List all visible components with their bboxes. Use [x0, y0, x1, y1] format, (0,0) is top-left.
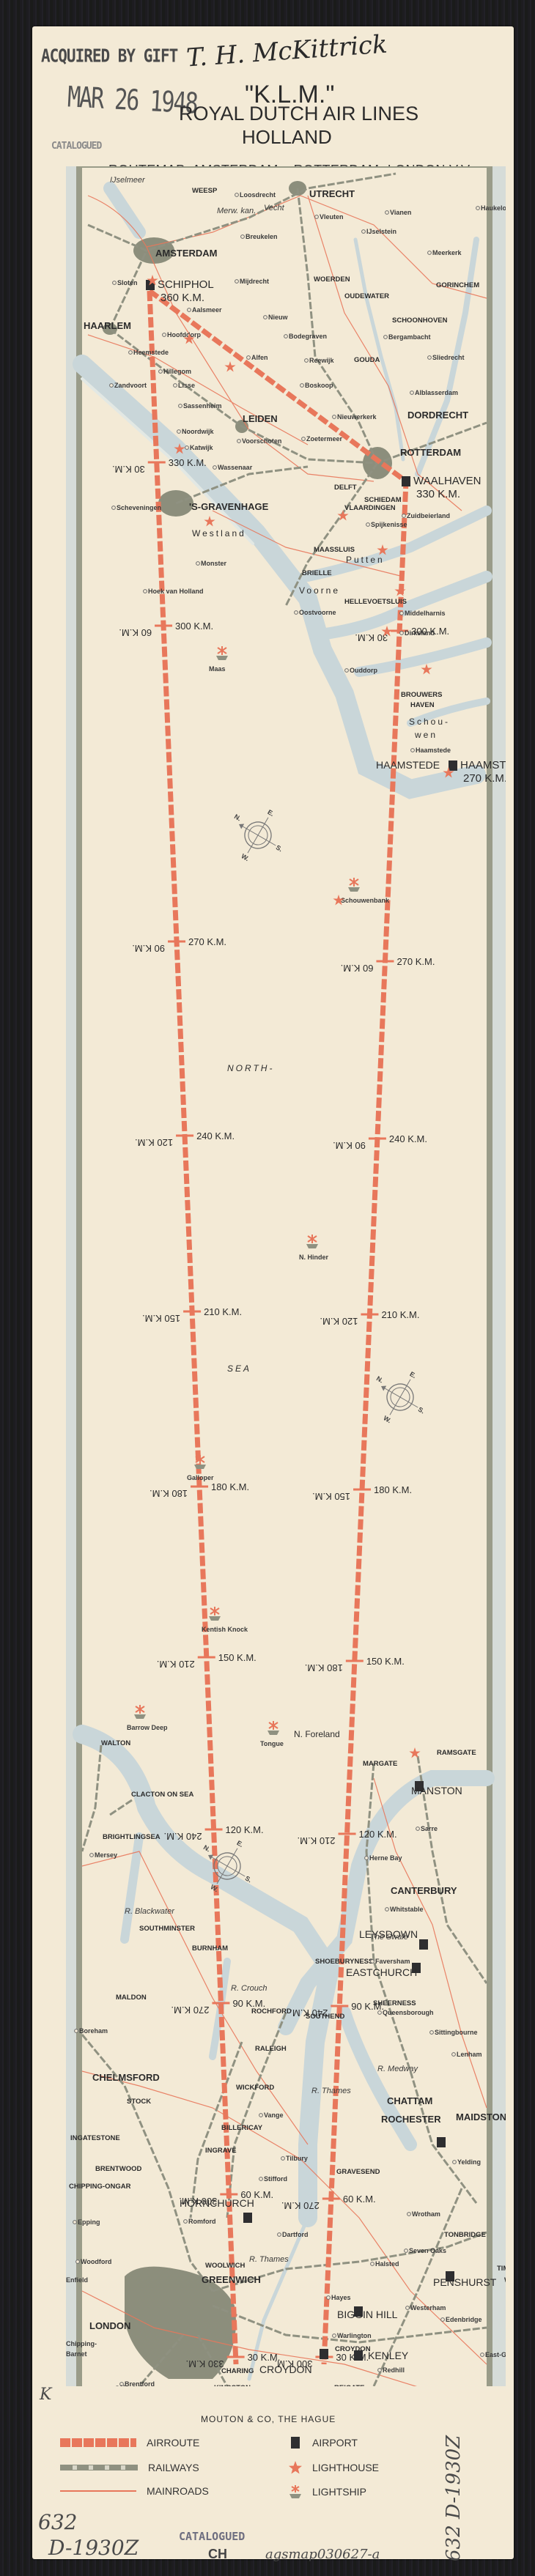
place-label: BILLERICAY	[221, 2124, 263, 2132]
svg-text:Haamstede: Haamstede	[416, 747, 451, 754]
svg-text:WICKFORD: WICKFORD	[236, 2084, 274, 2092]
place-label: MALDON	[116, 1994, 147, 2002]
svg-text:DORDRECHT: DORDRECHT	[407, 410, 468, 421]
svg-text:Dirksland: Dirksland	[405, 629, 435, 637]
place-label: Zandvoort	[110, 382, 147, 389]
svg-text:Hounslow: Hounslow	[120, 2384, 152, 2386]
svg-text:Queensborough: Queensborough	[383, 2009, 434, 2016]
svg-text:Galloper: Galloper	[187, 1474, 214, 1481]
svg-text:Wrotham: Wrotham	[412, 2210, 440, 2218]
svg-text:GRAVESEND: GRAVESEND	[336, 2168, 380, 2176]
svg-text:210 K.M.: 210 K.M.	[157, 1659, 195, 1670]
place-label: BRIGHTLINGSEA	[103, 1833, 160, 1841]
svg-text:HAARLEM: HAARLEM	[84, 320, 131, 331]
svg-text:Lisse: Lisse	[178, 382, 195, 389]
place-label: LONDON	[89, 2320, 130, 2331]
airport-icon[interactable]	[243, 2213, 252, 2223]
svg-text:330 K.M.: 330 K.M.	[186, 2358, 224, 2369]
svg-text:330 K.M.: 330 K.M.	[169, 457, 207, 468]
place-label: WELLS	[504, 2276, 506, 2284]
place-label: GREENWICH	[202, 2274, 261, 2285]
svg-text:180 K.M.: 180 K.M.	[211, 1481, 249, 1492]
title-country: HOLLAND	[242, 126, 332, 149]
place-label: IJselstein	[362, 228, 396, 235]
svg-text:Boreham: Boreham	[79, 2027, 108, 2035]
airport-icon[interactable]	[419, 1939, 428, 1950]
svg-text:R. Blackwater: R. Blackwater	[125, 1907, 175, 1916]
svg-text:Haukelom: Haukelom	[481, 204, 506, 212]
svg-text:N. Foreland: N. Foreland	[294, 1729, 340, 1739]
svg-text:R. Thames: R. Thames	[249, 2255, 289, 2264]
svg-text:TONBRIDGE: TONBRIDGE	[444, 2231, 486, 2239]
svg-text:Kentish Knock: Kentish Knock	[202, 1626, 248, 1633]
place-label: Haukelom	[476, 204, 506, 212]
place-label: VLAARDINGEN	[344, 504, 396, 512]
svg-text:Sittingbourne: Sittingbourne	[435, 2029, 478, 2036]
lightship-icon	[216, 646, 228, 660]
svg-text:Aalsmeer: Aalsmeer	[192, 306, 222, 314]
place-label: Voorschoten	[237, 437, 282, 445]
svg-text:Putten: Putten	[346, 555, 385, 565]
svg-text:WALTON: WALTON	[101, 1739, 130, 1747]
svg-text:150 K.M.: 150 K.M.	[142, 1313, 180, 1324]
place-label: R. Thames	[249, 2255, 289, 2264]
svg-text:VLAARDINGEN: VLAARDINGEN	[344, 504, 396, 512]
svg-text:BILLERICAY: BILLERICAY	[221, 2124, 263, 2132]
place-label: EASTCHURCH	[346, 1966, 417, 1978]
place-label: wen	[414, 730, 438, 740]
svg-text:RALEIGH: RALEIGH	[255, 2045, 287, 2053]
place-label: SCHIEDAM	[364, 496, 402, 504]
date-stamp: MAR 26 1948	[67, 81, 198, 121]
place-label: HORNCHURCH	[180, 2197, 254, 2209]
place-label: WEESP	[192, 187, 218, 195]
svg-text:Edenbridge: Edenbridge	[446, 2316, 482, 2323]
svg-text:Alfen: Alfen	[251, 354, 268, 361]
svg-text:BRIELLE: BRIELLE	[302, 569, 332, 577]
place-label: R. Blackwater	[125, 1907, 175, 1916]
svg-text:WAALHAVEN: WAALHAVEN	[413, 475, 481, 487]
svg-text:CANTERBURY: CANTERBURY	[391, 1885, 457, 1896]
svg-text:120 K.M.: 120 K.M.	[226, 1824, 264, 1835]
svg-text:150 K.M.: 150 K.M.	[366, 1656, 405, 1667]
place-label: Bodegraven	[284, 333, 327, 340]
lightship-icon	[134, 1705, 146, 1719]
catalogued-stamp: CATALOGUED	[51, 141, 101, 152]
svg-text:Halsted: Halsted	[375, 2260, 399, 2268]
svg-text:HAAMSTEDE: HAAMSTEDE	[376, 759, 440, 771]
svg-text:Hoek van Holland: Hoek van Holland	[148, 588, 204, 595]
place-label: Whitstable	[385, 1906, 424, 1913]
place-label: Seven Oaks	[405, 2247, 446, 2254]
svg-text:180 K.M.: 180 K.M.	[374, 1484, 412, 1495]
svg-text:IJselmeer: IJselmeer	[110, 176, 146, 185]
place-label: Oostvoorne	[295, 609, 336, 616]
place-label: TONBRIDGE	[444, 2231, 486, 2239]
svg-text:LEIDEN: LEIDEN	[243, 413, 278, 424]
place-label: Sassenheim	[179, 402, 222, 410]
svg-text:UTRECHT: UTRECHT	[309, 188, 355, 199]
svg-text:SCHIEDAM: SCHIEDAM	[364, 496, 402, 504]
svg-text:Westland: Westland	[192, 528, 246, 538]
svg-text:CHARING: CHARING	[221, 2367, 254, 2375]
place-label: GOUDA	[354, 356, 380, 364]
svg-text:Noordwijk: Noordwijk	[182, 428, 214, 435]
place-label: CHARING	[221, 2367, 254, 2375]
place-label: Dartford	[278, 2231, 309, 2238]
place-label: Halsted	[371, 2260, 399, 2268]
place-label: ROCHFORD	[251, 2007, 292, 2016]
svg-text:60 K.M.: 60 K.M.	[343, 2194, 376, 2205]
place-label: STOCK	[127, 2098, 151, 2106]
svg-text:KENLEY: KENLEY	[368, 2350, 409, 2361]
title-airline: ROYAL DUTCH AIR LINES	[179, 103, 418, 125]
svg-text:WOERDEN: WOERDEN	[314, 275, 350, 284]
svg-text:IJselstein: IJselstein	[366, 228, 396, 235]
svg-text:Schouwenbank: Schouwenbank	[341, 897, 390, 904]
place-label: Bergambacht	[384, 333, 431, 341]
place-label: HAAMSTEDE	[376, 759, 440, 771]
svg-text:Zuidbeierland: Zuidbeierland	[407, 512, 450, 519]
place-label: WOERDEN	[314, 275, 350, 284]
svg-text:30 K.M.: 30 K.M.	[355, 632, 388, 643]
svg-text:270 K.M.: 270 K.M.	[281, 2200, 320, 2211]
place-label: Wassenaar	[213, 464, 253, 471]
svg-text:Chipping-: Chipping-	[66, 2340, 97, 2347]
svg-text:KINGSTON: KINGSTON	[214, 2384, 251, 2386]
place-label: Wrotham	[407, 2210, 440, 2218]
place-label: AMSTERDAM	[155, 248, 218, 259]
place-label: DELFT	[334, 484, 357, 492]
svg-text:REIGATE: REIGATE	[334, 2384, 365, 2386]
svg-text:360 K.M.: 360 K.M.	[160, 292, 204, 304]
place-label: CHATTAM	[387, 2095, 432, 2106]
svg-text:120 K.M.: 120 K.M.	[135, 1137, 173, 1148]
place-label: WICKFORD	[236, 2084, 274, 2092]
place-label: Haamstede	[411, 747, 451, 754]
donor-signature: T. H. McKittrick	[185, 29, 388, 73]
svg-text:EASTCHURCH: EASTCHURCH	[346, 1966, 417, 1978]
map-canvas[interactable]: 330 K.M.30 K.M.300 K.M.60 K.M.270 K.M.90…	[66, 166, 506, 2386]
svg-text:BROUWERS: BROUWERS	[401, 691, 442, 699]
place-label: ROTTERDAM	[400, 447, 461, 458]
svg-text:Barnet: Barnet	[66, 2350, 87, 2358]
airport-icon[interactable]	[320, 2349, 328, 2359]
svg-text:Faversham: Faversham	[375, 1958, 410, 1965]
svg-text:210 K.M.: 210 K.M.	[204, 1306, 242, 1317]
svg-text:Mersey: Mersey	[95, 1851, 117, 1859]
place-label: Reewijk	[305, 357, 335, 364]
place-label: Vleuten	[315, 213, 344, 221]
place-label: BIGGIN HILL	[337, 2309, 398, 2320]
lightship-icon	[209, 1607, 221, 1621]
svg-text:Katwijk: Katwijk	[190, 444, 214, 451]
place-label: R. Thames	[311, 2087, 351, 2095]
svg-text:WEESP: WEESP	[192, 187, 218, 195]
svg-text:Boskoop: Boskoop	[305, 382, 333, 389]
svg-text:Spijkenisse: Spijkenisse	[371, 521, 407, 528]
svg-text:RAMSGATE: RAMSGATE	[437, 1749, 476, 1757]
svg-text:Warlington: Warlington	[337, 2332, 372, 2339]
place-label: CROYDON	[335, 2345, 371, 2353]
svg-text:OUDEWATER: OUDEWATER	[344, 292, 389, 300]
svg-text:SOUTHMINSTER: SOUTHMINSTER	[139, 1925, 195, 1933]
place-label: Heemstede	[129, 349, 169, 356]
place-label: Katwijk	[185, 444, 214, 451]
place-label: OUDEWATER	[344, 292, 389, 300]
svg-text:330 K.M.: 330 K.M.	[416, 488, 460, 500]
svg-text:Barrow Deep: Barrow Deep	[127, 1724, 168, 1731]
place-label: Middelharnis	[400, 610, 446, 617]
frame-right-water	[492, 166, 506, 2386]
lightship-icon	[267, 1721, 279, 1735]
svg-text:Monster: Monster	[201, 560, 227, 567]
svg-text:Herne Bay: Herne Bay	[369, 1854, 402, 1862]
svg-text:Meerkerk: Meerkerk	[432, 249, 462, 256]
svg-text:GREENWICH: GREENWICH	[202, 2274, 261, 2285]
place-label: Spijkenisse	[366, 521, 407, 528]
svg-text:Maas: Maas	[209, 665, 226, 673]
place-label: Loosdrecht	[235, 191, 276, 199]
svg-text:CROYDON: CROYDON	[259, 2364, 312, 2375]
svg-text:Vecht: Vecht	[264, 204, 285, 212]
place-label: Faversham	[371, 1958, 410, 1965]
svg-text:BURNHAM: BURNHAM	[192, 1944, 228, 1953]
place-label: SCHOONHOVEN	[392, 317, 448, 325]
svg-text:WOOLWICH: WOOLWICH	[205, 2262, 245, 2270]
svg-text:Vange: Vange	[264, 2111, 284, 2119]
lightship-icon	[306, 1235, 318, 1248]
svg-text:Vianen: Vianen	[390, 209, 411, 216]
svg-text:CHATTAM: CHATTAM	[387, 2095, 432, 2106]
svg-text:Whitstable: Whitstable	[390, 1906, 424, 1913]
place-label: NORTH-	[227, 1063, 274, 1073]
place-label: Putten	[346, 555, 385, 565]
place-label: Schou-	[409, 717, 450, 727]
svg-text:Breukelen: Breukelen	[246, 233, 278, 240]
svg-text:150 K.M.: 150 K.M.	[312, 1491, 350, 1502]
place-label: SHOEBURYNESS	[315, 1958, 373, 1966]
svg-text:Lenham: Lenham	[457, 2051, 482, 2058]
place-label: BROUWERS	[401, 691, 442, 699]
place-label: SOUTHMINSTER	[139, 1925, 195, 1933]
place-label: Boreham	[75, 2027, 108, 2035]
place-label: SHEERNESS	[373, 1999, 416, 2007]
place-label: N. Foreland	[294, 1729, 340, 1739]
place-label: Sittingbourne	[430, 2029, 478, 2036]
svg-text:240 K.M.: 240 K.M.	[196, 1130, 235, 1141]
place-label: Chipping-	[66, 2340, 97, 2347]
place-label: Vecht	[264, 204, 285, 212]
svg-text:210 K.M.: 210 K.M.	[298, 1835, 336, 1846]
svg-text:Oostvoorne: Oostvoorne	[299, 609, 336, 616]
place-label: BURNHAM	[192, 1944, 228, 1953]
lightship-icon	[194, 1455, 206, 1469]
svg-text:120 K.M.: 120 K.M.	[320, 1316, 358, 1327]
svg-text:CROYDON: CROYDON	[335, 2345, 371, 2353]
place-label: Nieuwerkerk	[333, 413, 377, 421]
svg-text:Zoetermeer: Zoetermeer	[306, 435, 343, 443]
place-label: CANTERBURY	[391, 1885, 457, 1896]
place-label: CROYDON	[259, 2364, 312, 2375]
svg-text:Ouddorp: Ouddorp	[350, 667, 377, 674]
svg-text:Hillegom: Hillegom	[163, 368, 191, 375]
place-label: ROCHESTER	[381, 2114, 441, 2125]
svg-text:270 K.M.: 270 K.M.	[463, 772, 506, 785]
place-label: Meerkerk	[428, 249, 462, 256]
svg-text:SCHOONHOVEN: SCHOONHOVEN	[392, 317, 448, 325]
place-label: Tilbury	[281, 2155, 308, 2162]
svg-text:Woodford: Woodford	[81, 2258, 111, 2265]
place-label: 'S-GRAVENHAGE	[189, 501, 269, 512]
svg-text:SOUTHEND: SOUTHEND	[306, 2013, 344, 2021]
place-label: WALTON	[101, 1739, 130, 1747]
svg-text:30 K.M.: 30 K.M.	[336, 2352, 369, 2363]
svg-text:Redhill: Redhill	[383, 2366, 405, 2374]
svg-text:STOCK: STOCK	[127, 2098, 151, 2106]
svg-text:150 K.M.: 150 K.M.	[218, 1652, 257, 1663]
svg-text:The Swale: The Swale	[370, 1933, 408, 1942]
svg-text:Middelharnis: Middelharnis	[405, 610, 446, 617]
place-label: KINGSTON	[214, 2384, 251, 2386]
place-label: Scheveningen	[112, 504, 161, 511]
place-label: Dirksland	[400, 629, 435, 637]
route-map-svg[interactable]: 330 K.M.30 K.M.300 K.M.60 K.M.270 K.M.90…	[66, 166, 506, 2386]
svg-text:Wassenaar: Wassenaar	[218, 464, 253, 471]
place-label: Noordwijk	[177, 428, 215, 435]
place-label: Edenbridge	[441, 2316, 482, 2323]
svg-text:ROCHFORD: ROCHFORD	[251, 2007, 292, 2016]
frame-left	[76, 166, 82, 2386]
svg-text:SCHIPHOL: SCHIPHOL	[158, 278, 214, 291]
svg-text:Voorschoten: Voorschoten	[242, 437, 281, 445]
place-label: Sliedrecht	[428, 354, 465, 361]
svg-text:180 K.M.: 180 K.M.	[150, 1488, 188, 1499]
place-label: Hounslow	[116, 2384, 152, 2386]
place-label: MAIDSTONE	[456, 2111, 506, 2122]
svg-text:R. Thames: R. Thames	[311, 2087, 351, 2095]
svg-text:MAIDSTONE: MAIDSTONE	[456, 2111, 506, 2122]
svg-text:R. Medway: R. Medway	[377, 2065, 419, 2073]
svg-text:Voorne: Voorne	[299, 585, 340, 596]
place-label: DORDRECHT	[407, 410, 468, 421]
svg-text:HELLEVOETSLUIS: HELLEVOETSLUIS	[344, 598, 407, 606]
place-label: HAVEN	[410, 701, 435, 709]
svg-text:Heemstede: Heemstede	[133, 349, 169, 356]
svg-text:BRENTWOOD: BRENTWOOD	[95, 2165, 141, 2173]
svg-text:90 K.M.: 90 K.M.	[132, 943, 165, 954]
place-label: The Swale	[370, 1933, 408, 1942]
airport-icon[interactable]	[437, 2137, 446, 2147]
place-label: Mijdrecht	[235, 278, 269, 285]
svg-text:Sassenheim: Sassenheim	[183, 402, 222, 410]
svg-text:GOUDA: GOUDA	[354, 356, 380, 364]
svg-text:Scheveningen: Scheveningen	[117, 504, 161, 511]
svg-text:Zandvoort: Zandvoort	[114, 382, 147, 389]
svg-text:BRIGHTLINGSEA: BRIGHTLINGSEA	[103, 1833, 160, 1841]
svg-text:ROCHESTER: ROCHESTER	[381, 2114, 441, 2125]
svg-text:Bergambacht: Bergambacht	[388, 333, 431, 341]
lightship-icon	[348, 878, 360, 892]
svg-text:Yelding: Yelding	[457, 2158, 481, 2166]
svg-text:East-Grinstead: East-Grinstead	[485, 2351, 506, 2358]
place-label: INGATESTONE	[70, 2134, 120, 2142]
svg-text:TIMBRIDGE: TIMBRIDGE	[497, 2265, 506, 2273]
svg-text:SHOEBURYNESS: SHOEBURYNESS	[315, 1958, 373, 1966]
place-label: INGRAVE	[205, 2147, 237, 2155]
place-label: Mersey	[90, 1851, 117, 1859]
svg-text:Westerham: Westerham	[410, 2304, 446, 2312]
svg-text:240 K.M.: 240 K.M.	[164, 1831, 202, 1842]
place-label: REIGATE	[334, 2384, 365, 2386]
svg-text:LONDON: LONDON	[89, 2320, 130, 2331]
frame-right	[487, 166, 492, 2386]
place-label: Alblasserdam	[410, 389, 458, 396]
svg-text:Mijdrecht: Mijdrecht	[240, 278, 269, 285]
place-label: Merw. kan.	[217, 207, 256, 215]
place-label: GRAVESEND	[336, 2168, 380, 2176]
svg-text:270 K.M.: 270 K.M.	[396, 956, 435, 967]
svg-text:'S-GRAVENHAGE: 'S-GRAVENHAGE	[189, 501, 269, 512]
place-label: Enfield	[66, 2276, 88, 2284]
svg-text:CHELMSFORD: CHELMSFORD	[92, 2072, 160, 2083]
place-label: WOOLWICH	[205, 2262, 245, 2270]
svg-text:120 K.M.: 120 K.M.	[359, 1829, 397, 1840]
svg-text:NORTH-: NORTH-	[227, 1063, 274, 1073]
svg-text:GORINCHEM: GORINCHEM	[436, 281, 479, 289]
svg-text:Bodegraven: Bodegraven	[289, 333, 327, 340]
svg-text:Romford: Romford	[188, 2218, 216, 2225]
place-label: MANSTON	[411, 1785, 462, 1796]
svg-text:wen: wen	[414, 730, 438, 740]
svg-text:Sliedrecht: Sliedrecht	[432, 354, 465, 361]
svg-text:Stifford: Stifford	[264, 2175, 287, 2183]
place-label: Romford	[184, 2218, 216, 2225]
svg-text:240 K.M.: 240 K.M.	[389, 1133, 427, 1144]
svg-text:Sloten: Sloten	[117, 279, 138, 286]
place-label: PENSHURST	[433, 2276, 497, 2288]
svg-text:SHEERNESS: SHEERNESS	[373, 1999, 416, 2007]
place-label: Hoek van Holland	[144, 588, 204, 595]
place-label: Voorne	[299, 585, 340, 596]
place-label: LEIDEN	[243, 413, 278, 424]
acquired-stamp: ACQUIRED BY GIFT	[41, 45, 177, 67]
svg-text:Tilbury: Tilbury	[286, 2155, 308, 2162]
place-label: Stifford	[259, 2175, 287, 2183]
place-label: RAMSGATE	[437, 1749, 476, 1757]
svg-text:DELFT: DELFT	[334, 484, 357, 492]
svg-text:Nieuwerkerk: Nieuwerkerk	[337, 413, 377, 421]
place-label: Redhill	[378, 2366, 405, 2374]
svg-text:HAVEN: HAVEN	[410, 701, 435, 709]
svg-text:CLACTON ON SEA: CLACTON ON SEA	[131, 1791, 193, 1799]
svg-text:Dartford: Dartford	[282, 2231, 309, 2238]
svg-text:Seven Oaks: Seven Oaks	[409, 2247, 446, 2254]
place-label: SEA	[227, 1363, 251, 1374]
svg-text:90 K.M.: 90 K.M.	[333, 1140, 366, 1151]
svg-text:MALDON: MALDON	[116, 1994, 147, 2002]
place-label: BRENTWOOD	[95, 2165, 141, 2173]
svg-text:270 K.M.: 270 K.M.	[171, 2005, 209, 2016]
svg-text:SEA: SEA	[227, 1363, 251, 1374]
place-label: MAASSLUIS	[314, 546, 355, 554]
svg-text:HORNCHURCH: HORNCHURCH	[180, 2197, 254, 2209]
svg-text:N. Hinder: N. Hinder	[299, 1254, 329, 1261]
place-label: SOUTHEND	[306, 2013, 344, 2021]
place-label: CHELMSFORD	[92, 2072, 160, 2083]
svg-text:Reewijk: Reewijk	[309, 357, 335, 364]
place-label: Boskoop	[300, 382, 333, 389]
